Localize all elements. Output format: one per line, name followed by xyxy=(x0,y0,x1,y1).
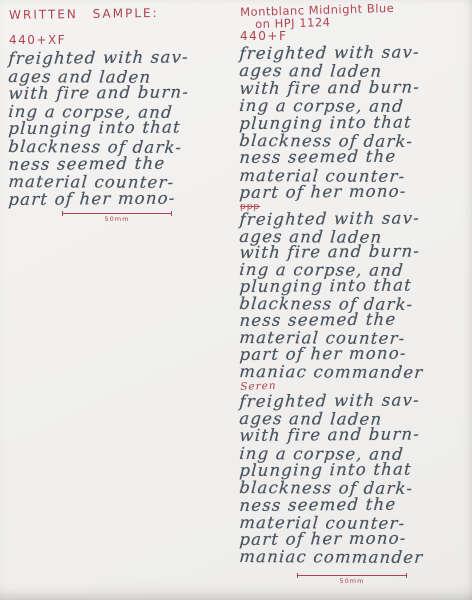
left-column: WRITTEN SAMPLE: 440+XF freighted with sa… xyxy=(9,8,233,208)
handwriting-block-1: freighted with sav- ages and laden with … xyxy=(240,45,470,202)
pen-label-right: 440+F xyxy=(240,30,470,43)
handwriting-line: plunging into that xyxy=(239,460,470,479)
pen-label-left: 440+XF xyxy=(9,34,233,47)
handwriting-line: ness seemed the xyxy=(8,154,233,174)
handwriting-line: with fire and burn- xyxy=(8,83,233,103)
scale-line xyxy=(62,213,172,214)
scale-label: 50mm xyxy=(297,577,407,585)
scale-line xyxy=(297,575,407,576)
paper: WRITTEN SAMPLE: 440+XF freighted with sa… xyxy=(0,0,472,600)
handwriting-line: ness seemed the xyxy=(239,311,470,330)
page-title: WRITTEN SAMPLE: xyxy=(9,5,233,22)
handwriting-line: part of her mono- xyxy=(239,345,470,364)
handwriting-line: freighted with sav- xyxy=(8,48,233,68)
handwriting-line: with fire and burn- xyxy=(239,425,470,444)
handwriting-line: ness seemed the xyxy=(239,147,470,166)
handwriting-block-2: freighted with sav- ages and laden with … xyxy=(240,212,470,381)
scale-bar-right: 50mm xyxy=(297,575,407,585)
handwriting-block-left: freighted with sav- ages and laden with … xyxy=(9,50,233,208)
handwriting-line: freighted with sav- xyxy=(239,210,470,229)
handwriting-line: freighted with sav- xyxy=(239,391,470,410)
handwriting-line: with fire and burn- xyxy=(239,78,470,97)
right-column: Montblanc Midnight Blue on HPJ 1124 440+… xyxy=(240,6,470,566)
handwriting-line: maniac commander xyxy=(239,548,470,567)
scale-label: 50mm xyxy=(62,215,172,223)
handwriting-line: part of her mono- xyxy=(239,182,470,201)
handwriting-line: ness seemed the xyxy=(239,494,470,513)
handwriting-line: plunging into that xyxy=(239,113,470,132)
handwriting-block-3: freighted with sav- ages and laden with … xyxy=(240,393,470,566)
handwriting-line: plunging into that xyxy=(8,118,233,138)
handwriting-line: part of her mono- xyxy=(239,529,470,548)
handwriting-line: freighted with sav- xyxy=(239,43,470,62)
handwriting-line: part of her mono- xyxy=(8,189,233,209)
scale-bar-left: 50mm xyxy=(62,213,172,223)
